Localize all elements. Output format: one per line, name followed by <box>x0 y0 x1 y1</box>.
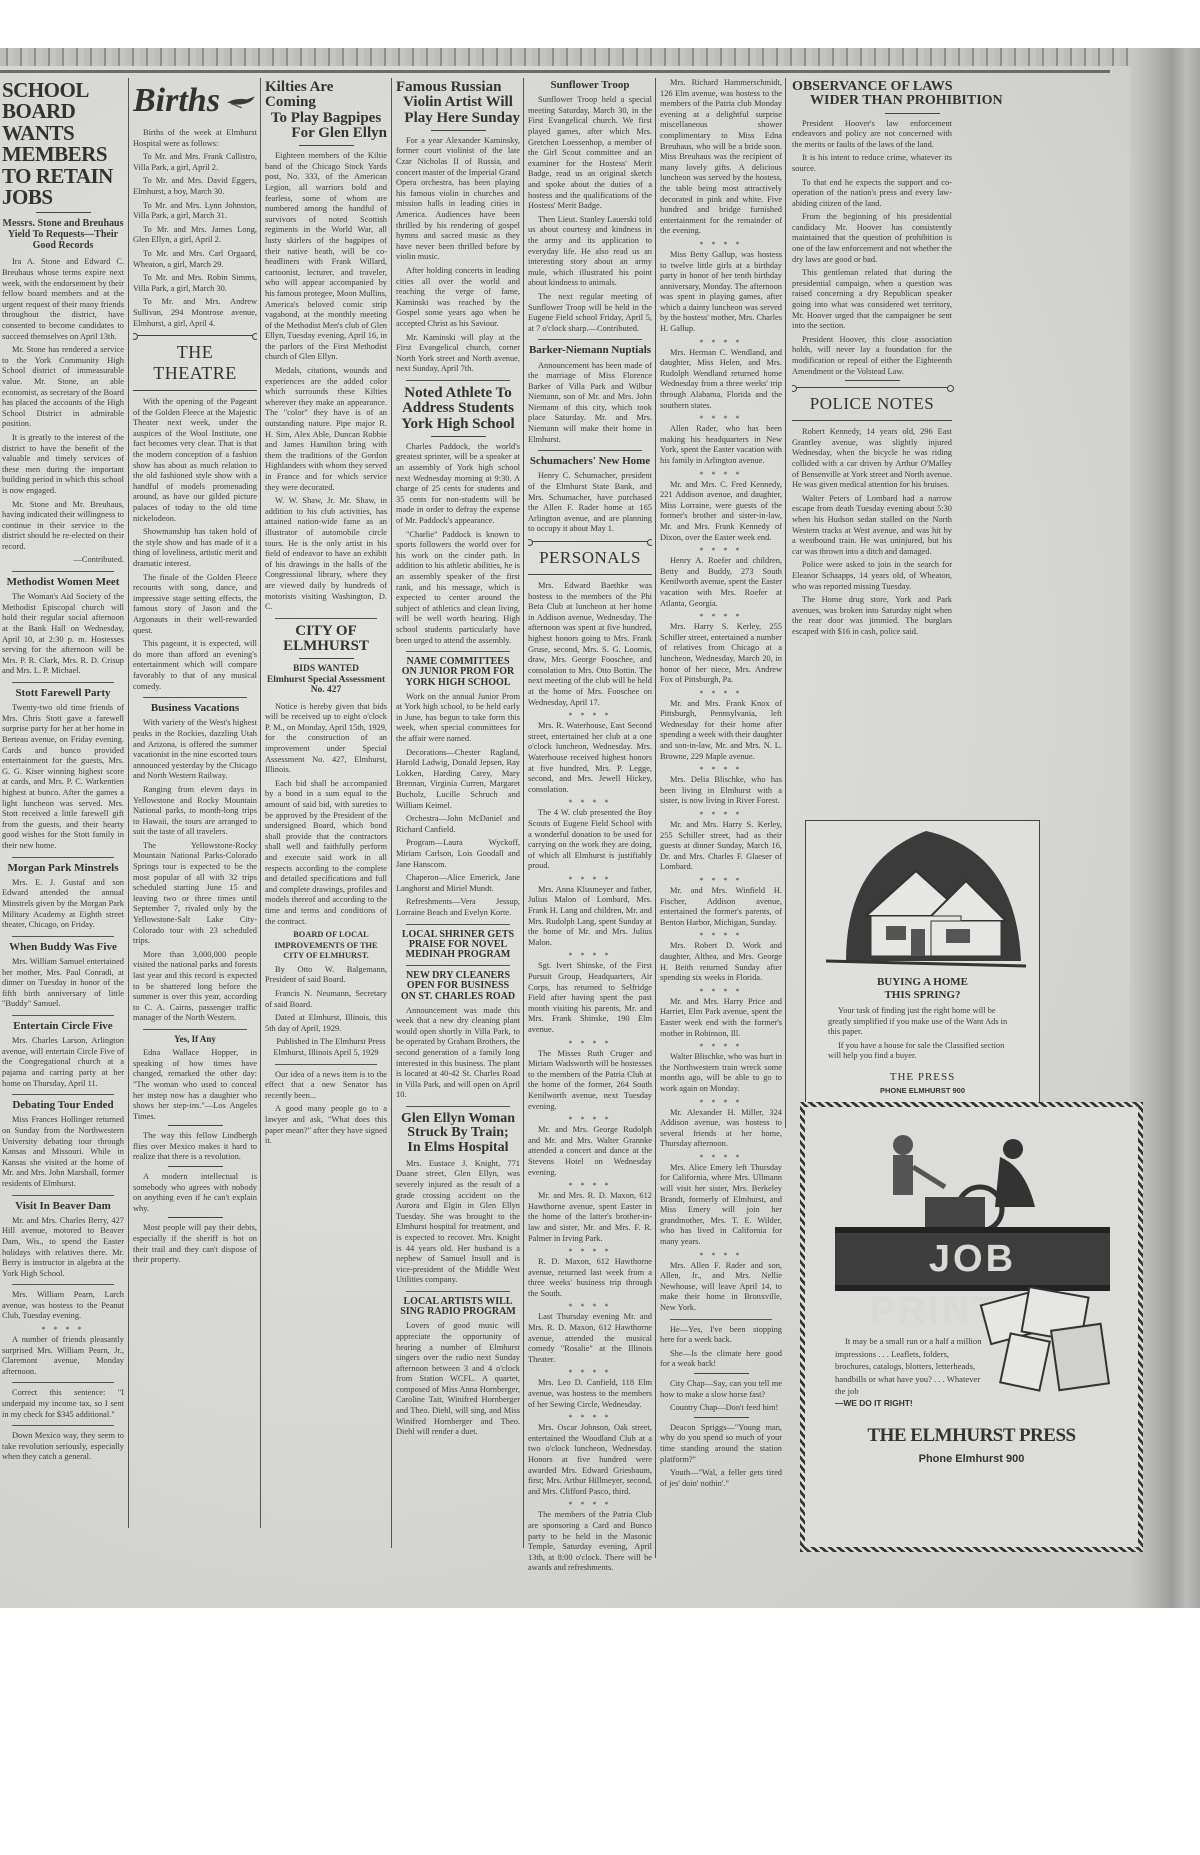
headline-line: OBSERVANCE OF LAWS <box>792 80 1032 94</box>
paragraph: Refreshments—Vera Jessup, Lorraine Beach… <box>396 897 520 918</box>
section-title: Barker-Niemann Nuptials <box>528 345 652 356</box>
brief-title: Morgan Park Minstrels <box>2 863 124 874</box>
divider <box>143 1029 247 1030</box>
paragraph: This gentleman related that during the p… <box>792 268 952 332</box>
personal-item: The members of the Patria Club are spons… <box>528 1510 652 1574</box>
notice-subtitle-line: BIDS WANTED <box>265 664 387 674</box>
separator-stars: * * * * <box>660 1251 782 1260</box>
births-logo: Births <box>133 82 257 120</box>
divider <box>168 1125 223 1126</box>
printed-materials-icon <box>975 1287 1125 1397</box>
paragraph: Our idea of a news item is to the effect… <box>265 1070 387 1102</box>
ad-body: It may be a small run or a half a millio… <box>835 1335 985 1398</box>
paragraph: Mr. Stone has rendered a service to the … <box>2 345 124 430</box>
paragraph: Correct this sentence: "I underpaid my i… <box>2 1388 124 1420</box>
ad-signature: THE PRESS <box>806 1071 1039 1083</box>
personal-item: R. D. Maxon, 612 Hawthorne avenue, retur… <box>528 1257 652 1299</box>
society-item: Mr. and Mrs. Winfield H. Fischer, Addiso… <box>660 886 782 928</box>
signature: Francis N. Neumann, Secretary of said Bo… <box>265 989 387 1010</box>
divider <box>143 697 247 698</box>
separator-stars: * * * * <box>528 1247 652 1256</box>
paragraph: The finale of the Golden Fleece recounts… <box>133 573 257 637</box>
column-school-board: SCHOOL BOARD WANTS MEMBERS TO RETAIN JOB… <box>2 78 124 1466</box>
paragraph: Eighteen members of the Kiltie band of t… <box>265 151 387 363</box>
column-rule <box>523 78 524 1548</box>
brief-title: Entertain Circle Five <box>2 1021 124 1032</box>
separator-stars: * * * * <box>528 798 652 807</box>
society-item: Walter Blischke, who was hurt in the Nor… <box>660 1052 782 1094</box>
society-item: Henry A. Roefer and children, Betty and … <box>660 556 782 609</box>
paragraph: To that end he expects the support and c… <box>792 178 952 210</box>
joke-line: Country Chap—Don't feed him! <box>660 1403 782 1414</box>
ad-phone: Phone Elmhurst 900 <box>805 1453 1138 1465</box>
divider <box>431 130 486 131</box>
column-rule <box>655 78 656 1558</box>
police-notes-header: POLICE NOTES <box>792 387 952 421</box>
personal-item: Sgt. Ivert Shinske, of the First Pursuit… <box>528 961 652 1035</box>
paragraph: W. W. Shaw, Jr. Mr. Shaw, in addition to… <box>265 496 387 613</box>
divider <box>275 618 377 619</box>
personal-item: Mr. and Mrs. R. D. Maxon, 612 Hawthorne … <box>528 1191 652 1244</box>
paragraph: Chaperon—Alice Emerick, Jane Langhorst a… <box>396 873 520 894</box>
divider <box>694 1373 749 1374</box>
divider <box>12 1425 114 1426</box>
paragraph: Decorations—Chester Ragland, Harold Ladw… <box>396 748 520 812</box>
separator-stars: * * * * <box>2 1325 124 1334</box>
society-item: Mrs. Alice Emery left Thursday for Calif… <box>660 1163 782 1248</box>
stork-icon <box>226 86 257 116</box>
divider <box>406 651 510 652</box>
paragraph: Ira A. Stone and Edward C. Breuhaus whos… <box>2 257 124 342</box>
headline-line: MEDINAH PROGRAM <box>396 950 520 960</box>
paragraph: From the beginning of his presidential c… <box>792 212 952 265</box>
birth-entry: To Mr. and Mrs. Andrew Sullivan, 294 Mon… <box>133 297 257 329</box>
separator-stars: * * * * <box>528 1302 652 1311</box>
society-item: Mrs. Richard Hammerschmidt, 126 Elm aven… <box>660 78 782 237</box>
society-item: Mrs. Allen F. Rader and son, Allen, Jr.,… <box>660 1261 782 1314</box>
separator-stars: * * * * <box>660 765 782 774</box>
brief-text: The Woman's Aid Society of the Methodist… <box>2 592 124 677</box>
notice-subtitle-line: No. 427 <box>265 685 387 695</box>
headline-line: Kilties Are Coming <box>265 80 387 111</box>
cottage-illustration-icon <box>806 821 1037 971</box>
separator-stars: * * * * <box>528 1115 652 1124</box>
divider <box>299 658 354 659</box>
paragraph: Announcement was made this week that a n… <box>396 1006 520 1101</box>
separator-stars: * * * * <box>528 1368 652 1377</box>
society-item: Mrs. Delia Blischke, who has been living… <box>660 775 782 807</box>
divider <box>12 571 114 572</box>
headline: Famous Russian Violin Artist Will Play H… <box>396 80 520 126</box>
paragraph: With variety of the West's highest peaks… <box>133 718 257 782</box>
ad-title-line: BUYING A HOME <box>806 976 1039 989</box>
section-title: Business Vacations <box>133 703 257 714</box>
police-item: Police were asked to join in the search … <box>792 560 952 592</box>
headline-line: WANTS MEMBERS <box>2 123 124 166</box>
brief-text: Miss Frances Hollinger returned on Sunda… <box>2 1115 124 1189</box>
brief-text: Mrs. E. J. Gustaf and son Edward attende… <box>2 878 124 931</box>
joke-line: City Chap—Say, can you tell me how to ma… <box>660 1379 782 1400</box>
paragraph: Medals, citations, wounds and experience… <box>265 366 387 493</box>
society-item: Mrs. Harry S. Kerley, 255 Schiller stree… <box>660 622 782 686</box>
divider <box>12 1284 114 1285</box>
brief-title: Stott Farewell Party <box>2 688 124 699</box>
brief-text: Mrs. Charles Larson, Arlington avenue, w… <box>2 1036 124 1089</box>
signature: BOARD OF LOCAL IMPROVEMENTS OF THE CITY … <box>265 930 387 962</box>
headline: LOCAL ARTISTS WILL SING RADIO PROGRAM <box>396 1297 520 1317</box>
headline-line: SING RADIO PROGRAM <box>396 1307 520 1317</box>
headline: LOCAL SHRINER GETS PRAISE FOR NOVEL MEDI… <box>396 930 520 961</box>
theatre-header: THE THEATRE <box>133 335 257 391</box>
divider <box>694 1417 749 1418</box>
paragraph: With the opening of the Pageant of the G… <box>133 397 257 524</box>
separator-stars: * * * * <box>660 931 782 940</box>
brief-title: Visit In Beaver Dam <box>2 1201 124 1212</box>
separator-stars: * * * * <box>660 689 782 698</box>
paragraph: More than 3,000,000 people visited the n… <box>133 950 257 1024</box>
separator-stars: * * * * <box>660 470 782 479</box>
signature: By Otto W. Balgemann, President of said … <box>265 965 387 986</box>
column-births-theatre: Births Births of the week at Elmhurst Ho… <box>133 78 257 1269</box>
divider <box>431 436 486 437</box>
divider <box>12 1382 114 1383</box>
printer-press-illustration-icon <box>865 1127 1065 1232</box>
paragraph: Edna Wallace Hopper, in speaking of how … <box>133 1048 257 1122</box>
headline-line: YORK HIGH SCHOOL <box>396 678 520 688</box>
divider <box>275 1064 377 1065</box>
paragraph: Henry C. Schumacher, president of the El… <box>528 471 652 535</box>
divider <box>12 1015 114 1016</box>
headline-line: OPEN FOR BUSINESS <box>396 981 520 991</box>
paragraph: The Yellowstone-Rocky Mountain National … <box>133 841 257 947</box>
home-buying-ad: BUYING A HOME THIS SPRING? Your task of … <box>805 820 1040 1105</box>
paragraph: Mrs. William Pearn, Larch avenue, was ho… <box>2 1290 124 1322</box>
paragraph: Ranging from eleven days in Yellowstone … <box>133 785 257 838</box>
society-item: Miss Betty Gallup, was hostess to twelve… <box>660 250 782 335</box>
divider <box>12 682 114 683</box>
paragraph: Work on the annual Junior Prom at York h… <box>396 692 520 745</box>
personals-header: PERSONALS <box>528 541 652 575</box>
section-title: Sunflower Troop <box>528 80 652 91</box>
paragraph: Mr. Kaminski will play at the First Evan… <box>396 333 520 375</box>
police-item: Walter Peters of Lombard had a narrow es… <box>792 494 952 558</box>
paragraph: A good many people go to a lawyer and as… <box>265 1104 387 1146</box>
personal-item: Mrs. Edward Baethke was hostess to the m… <box>528 581 652 708</box>
paragraph: President Hoover, this close association… <box>792 335 952 377</box>
ad-signature: THE ELMHURST PRESS <box>805 1425 1138 1447</box>
paragraph: Orchestra—John McDaniel and Richard Canf… <box>396 814 520 835</box>
headline-line: TO RETAIN JOBS <box>2 166 124 209</box>
column-editorial: OBSERVANCE OF LAWS WIDER THAN PROHIBITIO… <box>792 78 1032 640</box>
ad-tagline: —WE DO IT RIGHT! <box>835 1398 985 1408</box>
ad-body: If you have a house for sale the Classif… <box>828 1041 1017 1062</box>
separator-stars: * * * * <box>660 987 782 996</box>
separator-stars: * * * * <box>660 876 782 885</box>
joke-line: Youth—"Wal, a feller gets tired of jes' … <box>660 1468 782 1489</box>
society-item: Mrs. Herman C. Wendland, and daughter, M… <box>660 348 782 412</box>
personal-item: Mr. and Mrs. George Rudolph and Mr. and … <box>528 1125 652 1178</box>
society-item: Mr. and Mrs. Harry Price and Harriet, El… <box>660 997 782 1039</box>
joke-line: He—Yes, I've been stopping here for a we… <box>660 1325 782 1346</box>
divider <box>406 380 510 381</box>
divider <box>299 145 354 146</box>
separator-stars: * * * * <box>660 338 782 347</box>
notice-subtitle: BIDS WANTED Elmhurst Special Assessment … <box>265 664 387 695</box>
ad-title: BUYING A HOME THIS SPRING? <box>806 976 1039 1002</box>
society-item: Allen Rader, who has been making his hea… <box>660 424 782 466</box>
quip: The way this fellow Lindbergh flies over… <box>133 1131 257 1163</box>
paragraph: A number of friends pleasantly surprised… <box>2 1335 124 1377</box>
signature: Published in The Elmhurst Press Elmhurst… <box>265 1037 387 1058</box>
paragraph: Down Mexico way, they seem to take revol… <box>2 1431 124 1463</box>
birth-entry: To Mr. and Mrs. Lynn Johnston, Villa Par… <box>133 201 257 222</box>
signature: Dated at Elmhurst, Illinois, this 5th da… <box>265 1013 387 1034</box>
divider <box>12 936 114 937</box>
paragraph: "Charlie" Paddock is known to sports fol… <box>396 530 520 647</box>
society-item: Mr. Alexander H. Miller, 324 Addison ave… <box>660 1108 782 1150</box>
headline: OBSERVANCE OF LAWS WIDER THAN PROHIBITIO… <box>792 80 1032 109</box>
separator-stars: * * * * <box>528 1577 652 1578</box>
section-title: Yes, If Any <box>133 1035 257 1044</box>
column-kilties: Kilties Are Coming To Play Bagpipes For … <box>265 78 387 1150</box>
birth-entry: To Mr. and Mrs. David Eggers, Elmhurst, … <box>133 176 257 197</box>
divider <box>885 113 940 114</box>
headline: SCHOOL BOARD WANTS MEMBERS TO RETAIN JOB… <box>2 80 124 208</box>
brief-text: Twenty-two old time friends of Mrs. Chri… <box>2 703 124 851</box>
headline-line: Violin Artist Will <box>396 95 520 110</box>
headline-line: In Elms Hospital <box>396 1141 520 1155</box>
separator-stars: * * * * <box>660 1042 782 1051</box>
column-rule <box>128 78 129 1528</box>
separator-stars: * * * * <box>660 240 782 249</box>
police-item: Robert Kennedy, 14 years old, 296 East G… <box>792 427 952 491</box>
divider <box>12 1195 114 1196</box>
headline-line: WIDER THAN PROHIBITION <box>792 94 1032 108</box>
society-item: Mr. and Mrs. Frank Knox of Pittsburgh, P… <box>660 699 782 763</box>
deck: Messrs. Stone and Breuhaus Yield To Requ… <box>2 218 124 251</box>
paragraph: It is his intent to reduce crime, whatev… <box>792 153 952 174</box>
divider <box>12 857 114 858</box>
headline-line: SCHOOL BOARD <box>2 80 124 123</box>
society-item: Mrs. Robert D. Work and daughter, Althea… <box>660 941 782 983</box>
credit: —Contributed. <box>2 555 124 566</box>
separator-stars: * * * * <box>528 1181 652 1190</box>
society-item: Mr. and Mrs. C. Fred Kennedy, 221 Addiso… <box>660 480 782 544</box>
headline-line: ON JUNIOR PROM FOR <box>396 667 520 677</box>
divider <box>538 450 642 451</box>
personal-item: Mrs. Leo D. Canfield, 118 Elm avenue, wa… <box>528 1378 652 1410</box>
brief-title: Debating Tour Ended <box>2 1100 124 1111</box>
column-personals: Sunflower Troop Sunflower Troop held a s… <box>528 78 652 1578</box>
separator-stars: * * * * <box>660 612 782 621</box>
ad-title-line: THIS SPRING? <box>806 989 1039 1002</box>
personal-item: The Misses Ruth Cruger and Miriam Wadswo… <box>528 1049 652 1113</box>
quip: Most people will pay their debts, especi… <box>133 1223 257 1265</box>
paragraph: After holding concerts in leading cities… <box>396 266 520 330</box>
divider <box>538 339 642 340</box>
separator-stars: * * * * <box>528 875 652 884</box>
joke-line: Deacon Spriggs—"Young man, why do you sp… <box>660 1423 782 1465</box>
headline-line: Address Students <box>396 401 520 416</box>
police-item: The Home drug store, York and Park avenu… <box>792 595 952 637</box>
personal-item: The 4 W. club presented the Boy Scouts o… <box>528 808 652 872</box>
separator-stars: * * * * <box>528 951 652 960</box>
separator-stars: * * * * <box>528 1413 652 1422</box>
separator-stars: * * * * <box>660 414 782 423</box>
column-violin: Famous Russian Violin Artist Will Play H… <box>396 78 520 1441</box>
headline-line: York High School <box>396 417 520 432</box>
paragraph: The next regular meeting of Sunflower Tr… <box>528 292 652 334</box>
paragraph: Each bid shall be accompanied by a bond … <box>265 779 387 927</box>
separator-stars: * * * * <box>660 1098 782 1107</box>
brief-text: Mr. and Mrs. Charles Berry, 427 Hill ave… <box>2 1216 124 1280</box>
headline-line: Noted Athlete To <box>396 386 520 401</box>
paragraph: This pageant, it is expected, will do mo… <box>133 639 257 692</box>
joke-line: She—Is the climate here good for a weak … <box>660 1349 782 1370</box>
column-society: Mrs. Richard Hammerschmidt, 126 Elm aven… <box>660 78 782 1492</box>
paragraph: Mrs. Eustace J. Knight, 771 Duane street… <box>396 1159 520 1286</box>
headline: NEW DRY CLEANERS OPEN FOR BUSINESS ON ST… <box>396 971 520 1002</box>
notice-subtitle-line: Elmhurst Special Assessment <box>265 675 387 685</box>
divider <box>168 1166 223 1167</box>
paragraph: Showmanship has taken hold of the style … <box>133 527 257 569</box>
divider <box>406 965 510 966</box>
headline-line: For Glen Ellyn <box>265 126 387 141</box>
birth-entry: To Mr. and Mrs. Frank Callistro, Villa P… <box>133 152 257 173</box>
divider <box>845 380 900 381</box>
job-printing-ad: JOB PRINTING It may be a small run or a … <box>800 1102 1143 1552</box>
headline-line: Play Here Sunday <box>396 111 520 126</box>
top-rule <box>0 70 1110 73</box>
personal-item: Mrs. Oscar Johnson, Oak street, entertai… <box>528 1423 652 1497</box>
divider <box>406 924 510 925</box>
column-rule <box>785 78 786 1128</box>
separator-stars: * * * * <box>660 546 782 555</box>
separator-stars: * * * * <box>528 1039 652 1048</box>
headline-line: ON ST. CHARLES ROAD <box>396 992 520 1002</box>
headline: Noted Athlete To Address Students York H… <box>396 386 520 432</box>
headline-line: Struck By Train; <box>396 1126 520 1140</box>
headline-line: Famous Russian <box>396 80 520 95</box>
ad-phone: PHONE ELMHURST 900 <box>806 1086 1039 1095</box>
births-intro: Births of the week at Elmhurst Hospital … <box>133 128 257 149</box>
page-margin <box>0 1608 1200 1855</box>
masthead-strip <box>0 48 1130 66</box>
separator-stars: * * * * <box>528 1500 652 1509</box>
headline: Glen Ellyn Woman Struck By Train; In Elm… <box>396 1112 520 1155</box>
paragraph: For a year Alexander Kaminsky, former co… <box>396 136 520 263</box>
job-printing-banner: JOB PRINTING <box>835 1227 1110 1291</box>
section-title: Schumachers' New Home <box>528 456 652 467</box>
paragraph: It is greatly to the interest of the dis… <box>2 433 124 497</box>
society-item: Mr. and Mrs. Harry S. Kerley, 255 Schill… <box>660 820 782 873</box>
headline-line: Glen Ellyn Woman <box>396 1112 520 1126</box>
personal-item: Mrs. R. Waterhouse, East Second street, … <box>528 721 652 795</box>
headline-line: To Play Bagpipes <box>265 111 387 126</box>
brief-title: Methodist Women Meet <box>2 577 124 588</box>
separator-stars: * * * * <box>528 711 652 720</box>
column-rule <box>260 78 261 1528</box>
ad-body: Your task of finding just the right home… <box>828 1006 1017 1037</box>
divider <box>406 1291 510 1292</box>
separator-stars: * * * * <box>660 1153 782 1162</box>
births-title: Births <box>133 82 220 120</box>
paragraph: Mr. Stone and Mr. Breuhaus, having indic… <box>2 500 124 553</box>
paragraph: Program—Laura Wyckoff, Miriam Carlson, L… <box>396 838 520 870</box>
birth-entry: To Mr. and Mrs. James Long, Glen Ellyn, … <box>133 225 257 246</box>
notice-title: CITY OF ELMHURST <box>265 624 387 655</box>
paragraph: Announcement has been made of the marria… <box>528 361 652 446</box>
separator-stars: * * * * <box>660 810 782 819</box>
paragraph: Notice is hereby given that bids will be… <box>265 702 387 776</box>
column-rule <box>391 78 392 1548</box>
birth-entry: To Mr. and Mrs. Carl Orgaard, Wheaton, a… <box>133 249 257 270</box>
paragraph: Then Lieut. Stanley Lauerski told us abo… <box>528 215 652 289</box>
paragraph: Lovers of good music will appreciate the… <box>396 1321 520 1438</box>
divider <box>406 1106 510 1107</box>
paragraph: Sunflower Troop held a special meeting S… <box>528 95 652 212</box>
brief-title: When Buddy Was Five <box>2 942 124 953</box>
paragraph: President Hoover's law enforcement endea… <box>792 119 952 151</box>
quip: A modern intellectual is somebody who ag… <box>133 1172 257 1214</box>
divider <box>670 1319 772 1320</box>
personal-item: Last Thursday evening Mr. and Mrs. R. D.… <box>528 1312 652 1365</box>
birth-entry: To Mr. and Mrs. Robin Simms, Villa Park,… <box>133 273 257 294</box>
divider <box>12 1094 114 1095</box>
divider <box>168 1217 223 1218</box>
headline: Kilties Are Coming To Play Bagpipes For … <box>265 80 387 141</box>
headline: NAME COMMITTEES ON JUNIOR PROM FOR YORK … <box>396 657 520 688</box>
paragraph: Charles Paddock, the world's greatest sp… <box>396 442 520 527</box>
personal-item: Mrs. Anna Klusmeyer and father, Julius M… <box>528 885 652 949</box>
brief-text: Mrs. William Samuel entertained her moth… <box>2 957 124 1010</box>
divider <box>36 212 91 213</box>
